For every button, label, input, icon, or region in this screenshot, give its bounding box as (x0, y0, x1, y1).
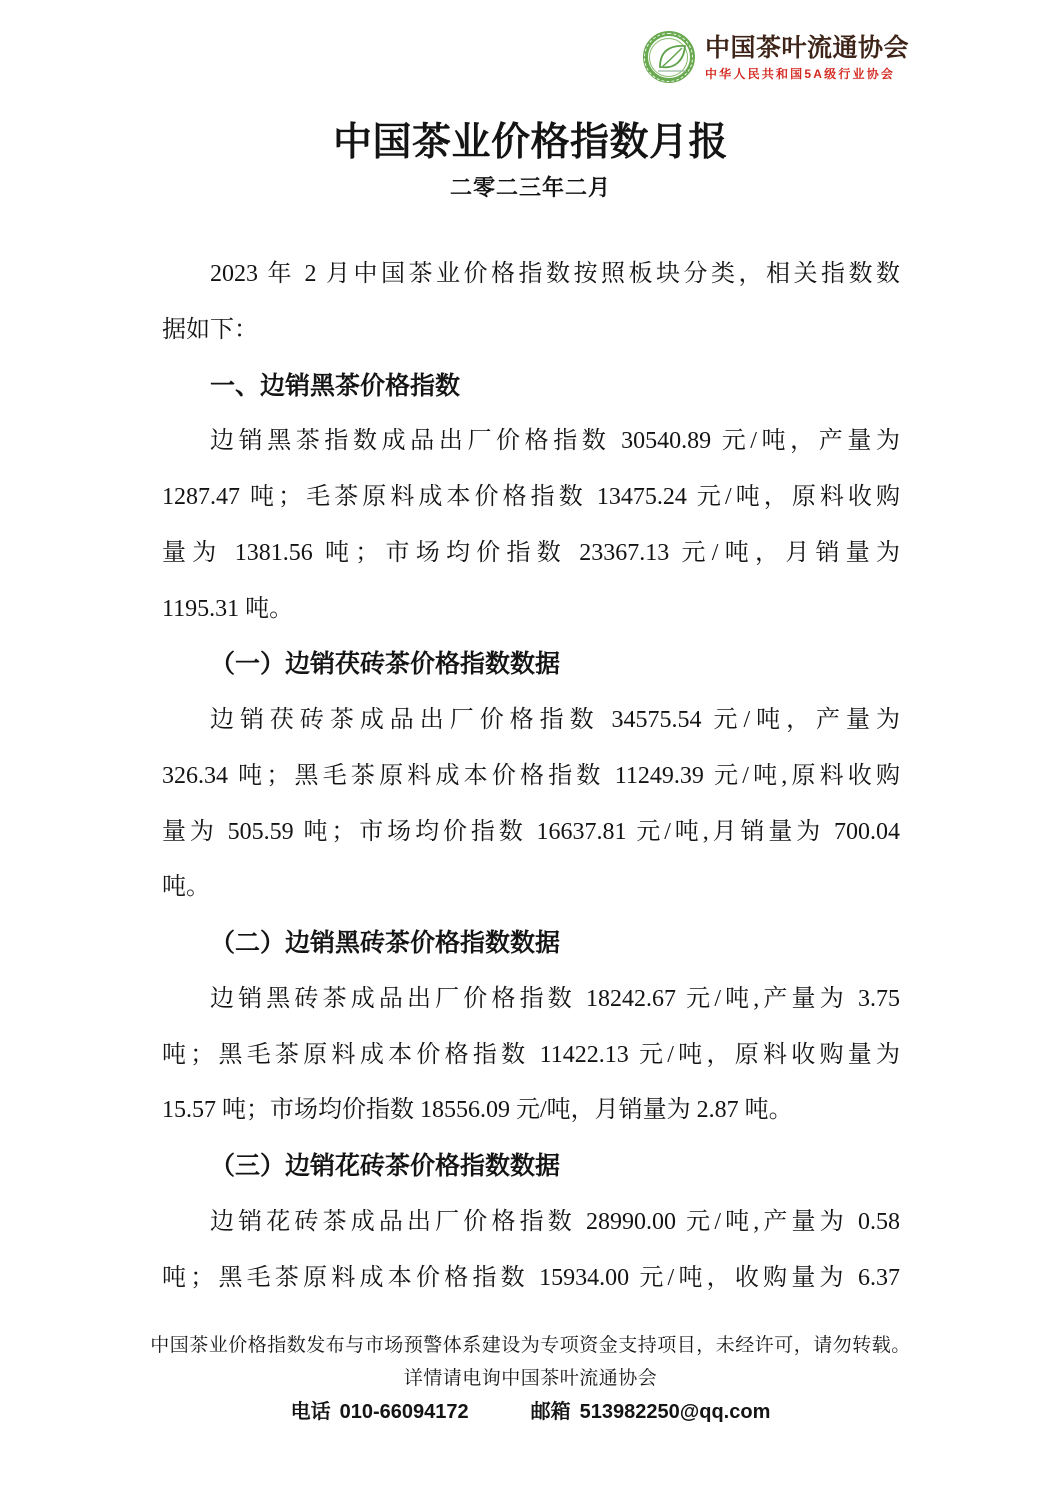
association-logo: 中国茶叶流通协会 中华人民共和国5A级行业协会 (643, 31, 909, 83)
section-1-line: 量为 1381.56 吨；市场均价指数 23367.13 元/吨，月销量为 (162, 526, 900, 582)
report-page: 中国茶叶流通协会 中华人民共和国5A级行业协会 中国茶业价格指数月报 二零二三年… (0, 0, 1061, 1500)
section-1-2-line: 吨；黑毛茶原料成本价格指数 11422.13 元/吨，原料收购量为 (162, 1028, 900, 1084)
section-1-heading: 一、边销黑茶价格指数 (162, 359, 900, 415)
section-1-3-line: 吨；黑毛茶原料成本价格指数 15934.00 元/吨，收购量为 6.37 (162, 1251, 900, 1307)
email-address: 513982250@qq.com (580, 1394, 771, 1430)
copyright-notice: 中国茶业价格指数发布与市场预警体系建设为专项资金支持项目，未经许可，请勿转载。 (0, 1329, 1061, 1363)
contact-details: 电话 010-66094172 邮箱 513982250@qq.com (0, 1394, 1061, 1430)
section-1-line: 边销黑茶指数成品出厂价格指数 30540.89 元/吨，产量为 (162, 414, 900, 470)
contact-line: 详情请电询中国茶叶流通协会 (0, 1363, 1061, 1394)
page-footer: 中国茶业价格指数发布与市场预警体系建设为专项资金支持项目，未经许可，请勿转载。 … (0, 1329, 1061, 1430)
section-1-line: 1287.47 吨；毛茶原料成本价格指数 13475.24 元/吨，原料收购 (162, 470, 900, 526)
section-1-1-line: 量为 505.59 吨；市场均价指数 16637.81 元/吨,月销量为 700… (162, 805, 900, 861)
section-1-1-heading: （一）边销茯砖茶价格指数数据 (162, 637, 900, 693)
page-title: 中国茶业价格指数月报 (0, 120, 1061, 166)
section-1-3-heading: （三）边销花砖茶价格指数数据 (162, 1139, 900, 1195)
phone-pair: 电话 010-66094172 (291, 1394, 469, 1430)
email-label: 邮箱 (531, 1394, 571, 1430)
section-1-1-line: 边销茯砖茶成品出厂价格指数 34575.54 元/吨，产量为 (162, 693, 900, 749)
association-grade: 中华人民共和国5A级行业协会 (705, 67, 909, 81)
phone-label: 电话 (291, 1394, 331, 1430)
association-name: 中国茶叶流通协会 (705, 34, 909, 64)
logo-text-block: 中国茶叶流通协会 中华人民共和国5A级行业协会 (705, 34, 909, 81)
intro-line: 据如下： (162, 303, 900, 359)
section-1-line: 1195.31 吨。 (162, 582, 900, 638)
leaf-icon (654, 41, 690, 79)
section-1-3-line: 边销花砖茶成品出厂价格指数 28990.00 元/吨,产量为 0.58 (162, 1195, 900, 1251)
report-date: 二零二三年二月 (0, 174, 1061, 202)
section-1-1-line: 吨。 (162, 860, 900, 916)
section-1-1-line: 326.34 吨；黑毛茶原料成本价格指数 11249.39 元/吨,原料收购 (162, 749, 900, 805)
section-1-2-heading: （二）边销黑砖茶价格指数数据 (162, 916, 900, 972)
intro-line: 2023 年 2 月中国茶业价格指数按照板块分类，相关指数数 (162, 247, 900, 303)
phone-number: 010-66094172 (340, 1394, 469, 1430)
section-1-2-line: 15.57 吨；市场均价指数 18556.09 元/吨，月销量为 2.87 吨。 (162, 1083, 900, 1139)
email-pair: 邮箱 513982250@qq.com (531, 1394, 771, 1430)
report-body: 2023 年 2 月中国茶业价格指数按照板块分类，相关指数数 据如下： 一、边销… (162, 247, 900, 1306)
section-1-2-line: 边销黑砖茶成品出厂价格指数 18242.67 元/吨,产量为 3.75 (162, 972, 900, 1028)
logo-ring (643, 31, 695, 83)
